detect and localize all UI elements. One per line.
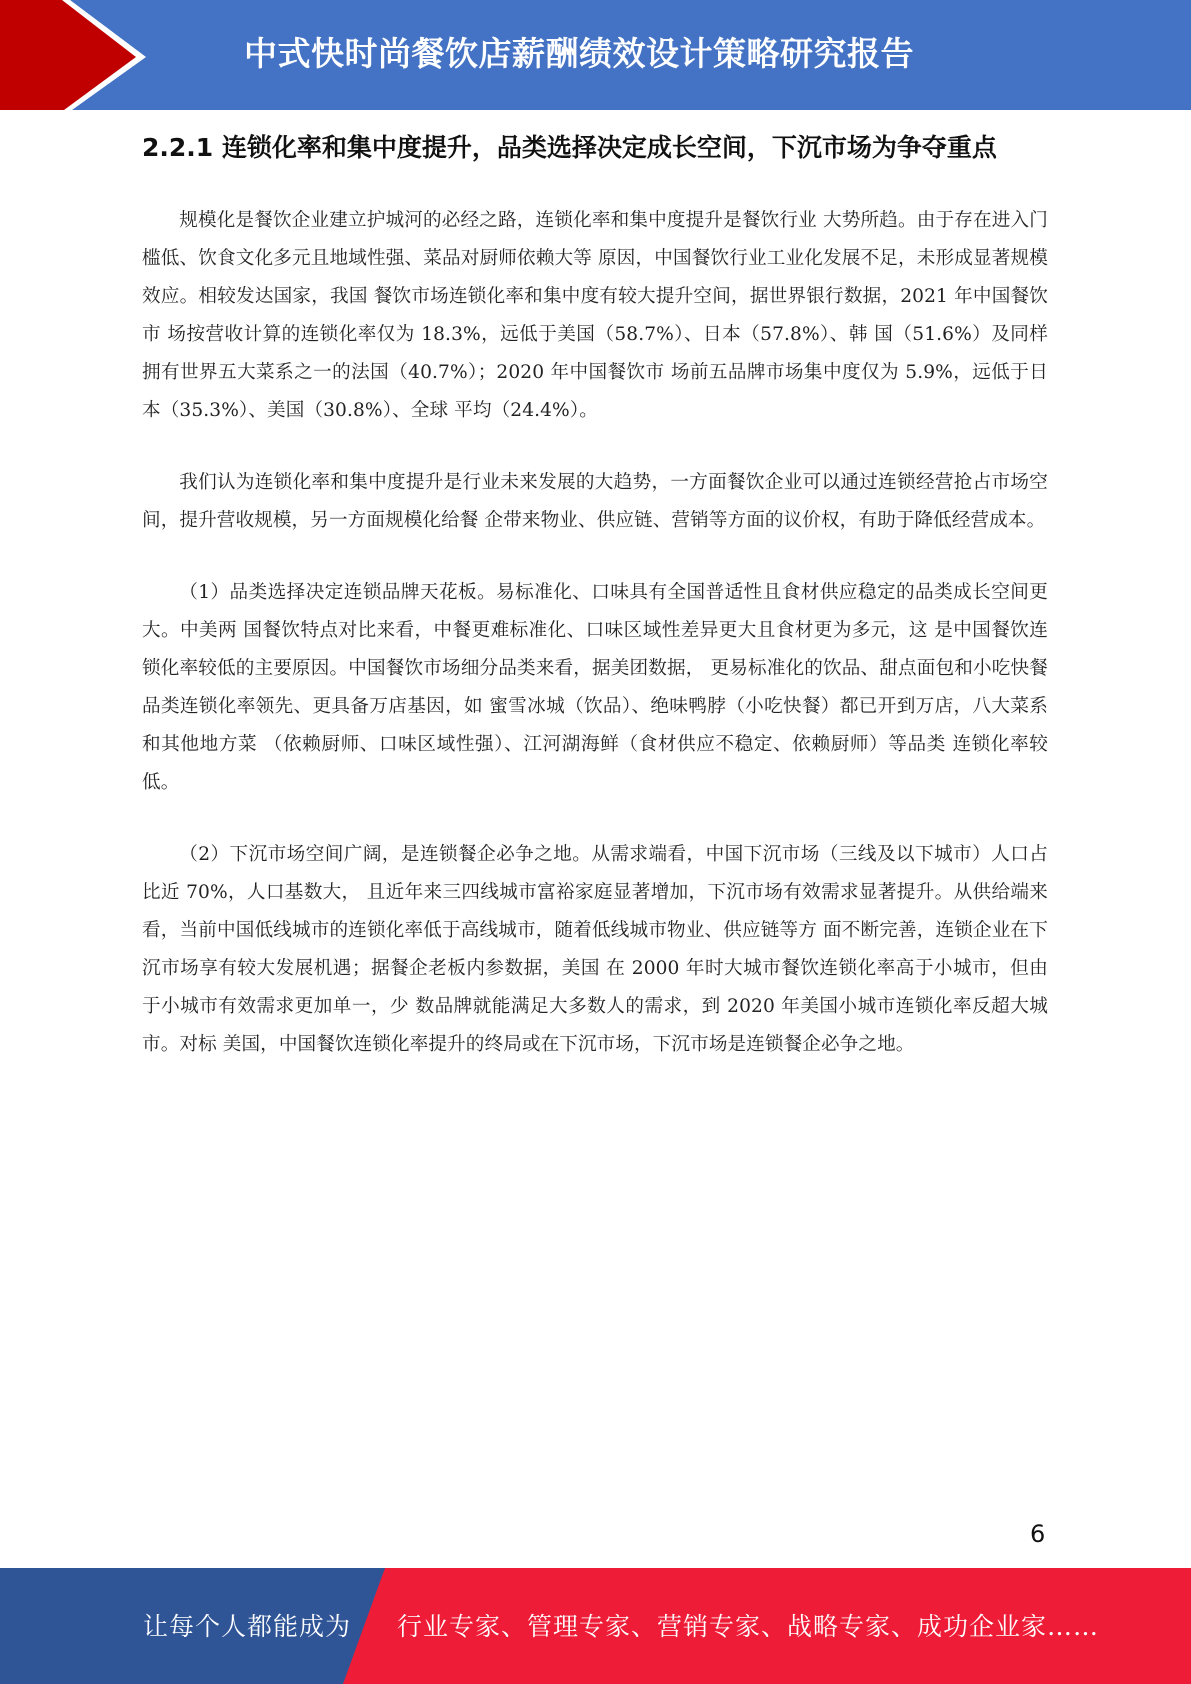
paragraph-category-choice: （1）品类选择决定连锁品牌天花板。易标准化、口味具有全国普适性且食材供应稳定的品… — [142, 574, 1048, 802]
page-footer-band: 让每个人都能成为 行业专家、管理专家、营销专家、战略专家、成功企业家…… — [0, 1568, 1191, 1684]
paragraph-trend-view: 我们认为连锁化率和集中度提升是行业未来发展的大趋势，一方面餐饮企业可以通过连锁经… — [142, 464, 1048, 540]
page-header-band: 中式快时尚餐饮店薪酬绩效设计策略研究报告 — [0, 0, 1191, 110]
section-heading: 2.2.1 连锁化率和集中度提升，品类选择决定成长空间，下沉市场为争夺重点 — [142, 128, 1048, 168]
footer-slogan-left: 让每个人都能成为 — [143, 1607, 351, 1643]
red-chevron-arrow-icon — [0, 0, 160, 110]
page-number: 6 — [1030, 1520, 1045, 1548]
paragraph-scale-chain-rate: 规模化是餐饮企业建立护城河的必经之路，连锁化率和集中度提升是餐饮行业 大势所趋。… — [142, 202, 1048, 430]
document-body: 2.2.1 连锁化率和集中度提升，品类选择决定成长空间，下沉市场为争夺重点 规模… — [142, 128, 1048, 1098]
report-title: 中式快时尚餐饮店薪酬绩效设计策略研究报告 — [244, 28, 914, 80]
paragraph-lower-tier-market: （2）下沉市场空间广阔，是连锁餐企必争之地。从需求端看，中国下沉市场（三线及以下… — [142, 836, 1048, 1064]
footer-slogan-right: 行业专家、管理专家、营销专家、战略专家、成功企业家…… — [397, 1607, 1099, 1643]
